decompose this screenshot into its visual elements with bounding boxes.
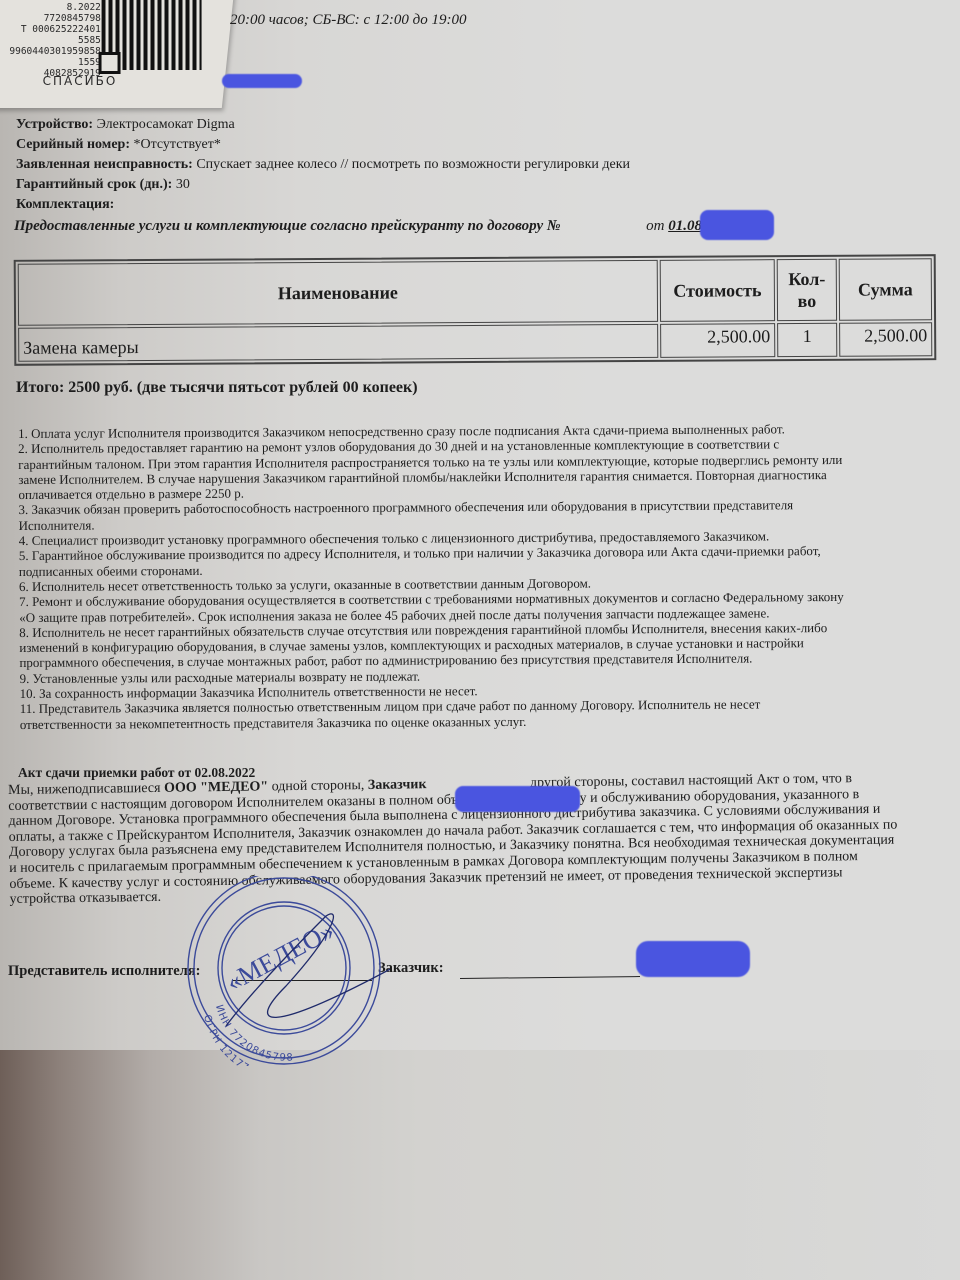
field-value: Спускает заднее колесо // посмотреть по … — [196, 157, 630, 172]
svg-text:«МЕДЕО»: «МЕДЕО» — [221, 916, 338, 997]
receipt-line: 7720845798 — [1, 13, 101, 24]
table-header-row: Наименование Стоимость Кол-во Сумма — [18, 258, 932, 326]
services-title: Предоставленные услуги и комплектующие с… — [14, 218, 736, 235]
receipt-line: 8.2022 — [1, 2, 101, 13]
field-value: *Отсутствует* — [133, 137, 220, 152]
company-name: ООО "МЕДЕО" — [164, 779, 268, 795]
fault-row: Заявленная неисправность: Спускает задне… — [16, 155, 630, 175]
device-info: Устройство: Электросамокат Digma Серийны… — [16, 115, 630, 215]
receipt-thanks: СПАСИБО — [43, 74, 118, 88]
receipt-line: 1559 — [1, 57, 101, 68]
redaction-mark — [700, 210, 774, 240]
device-row: Устройство: Электросамокат Digma — [16, 115, 630, 135]
redaction-mark — [636, 941, 750, 977]
working-hours: 20:00 часов; СБ-ВС: с 12:00 до 19:00 — [230, 12, 466, 29]
column-header-qty: Кол-во — [777, 259, 837, 321]
field-label: Комплектация: — [16, 197, 114, 212]
field-label: Устройство: — [16, 117, 93, 132]
field-value: Электросамокат Digma — [97, 117, 235, 132]
receipt-line: T 000625222401 5585 — [1, 24, 101, 46]
redaction-mark — [455, 786, 580, 812]
serial-row: Серийный номер: *Отсутствует* — [16, 135, 630, 155]
kit-row: Комплектация: — [16, 195, 630, 215]
service-price: 2,500.00 — [660, 323, 775, 358]
total-amount: Итого: 2500 руб. (две тысячи пятьсот руб… — [16, 379, 418, 397]
redaction-mark — [222, 74, 302, 88]
cash-receipt: 8.2022 7720845798 T 000625222401 5585 99… — [0, 0, 234, 108]
qr-finder-pattern — [99, 52, 121, 74]
terms-list: 1. Оплата услуг Исполнителя производится… — [18, 420, 950, 732]
column-header-name: Наименование — [18, 260, 658, 326]
receipt-lines: 8.2022 7720845798 T 000625222401 5585 99… — [1, 2, 101, 79]
receipt-line: 9960440301959858 — [1, 46, 101, 57]
customer-label: Заказчик — [368, 777, 427, 793]
service-qty: 1 — [777, 323, 837, 357]
service-name: Замена камеры — [18, 324, 658, 362]
field-label: Заявленная неисправность: — [16, 157, 193, 172]
table-row: Замена камеры 2,500.00 1 2,500.00 — [18, 322, 932, 362]
column-header-sum: Сумма — [839, 258, 932, 321]
field-label: Серийный номер: — [16, 137, 130, 152]
field-value: 30 — [176, 177, 190, 192]
act-intro-text: одной стороны, — [268, 778, 368, 794]
warranty-row: Гарантийный срок (дн.): 30 — [16, 175, 630, 195]
services-table: Наименование Стоимость Кол-во Сумма Заме… — [14, 254, 937, 366]
services-title-text: Предоставленные услуги и комплектующие с… — [14, 218, 561, 234]
field-label: Гарантийный срок (дн.): — [16, 177, 172, 192]
act-title: Акт сдачи приемки работ от 02.08.2022 — [18, 765, 255, 781]
service-sum: 2,500.00 — [839, 322, 932, 357]
company-stamp-icon: «МЕДЕО» ИНН 7720845798 ОГРН 121770006075… — [166, 876, 390, 1066]
from-label: от — [646, 218, 664, 234]
act-intro-text: Мы, нижеподписавшиеся — [8, 781, 164, 798]
column-header-price: Стоимость — [660, 259, 775, 322]
